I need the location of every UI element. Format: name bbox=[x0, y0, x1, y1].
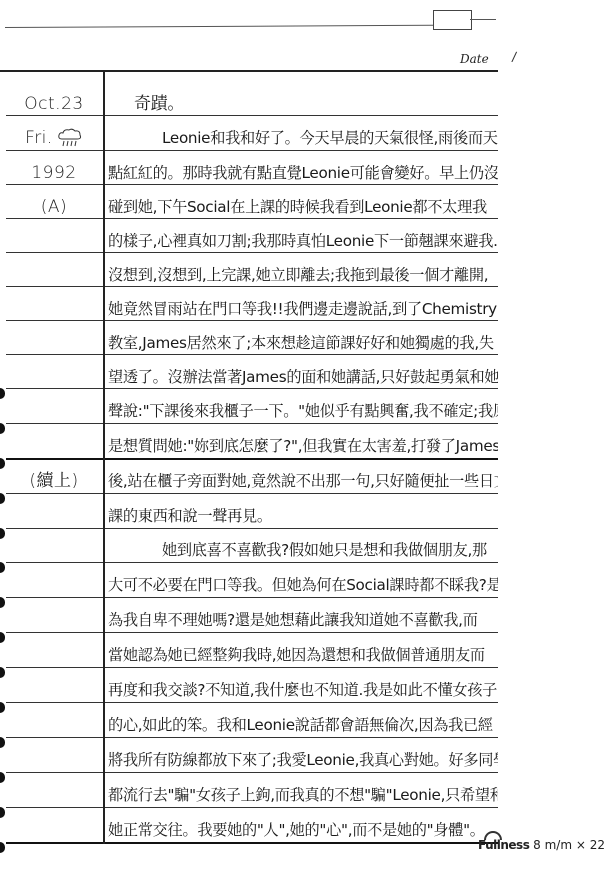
binder-hole-mark bbox=[0, 423, 5, 434]
entry-line: 的心,如此的笨。我和Leonie說話都會語無倫次,因為我已經 bbox=[108, 703, 498, 737]
entry-line: 點紅紅的。那時我就有點直覺Leonie可能會變好。早上仍沒有 bbox=[108, 151, 498, 185]
brand-logo: Fullness bbox=[478, 838, 529, 852]
notebook-page: Date / Oct.23 Fri. 1992 (A) (續上) 奇蹟。 Leo… bbox=[0, 0, 616, 877]
entry-line: 望透了。沒辦法當著James的面和她講話,只好鼓起勇氣和她小 bbox=[108, 355, 498, 389]
binder-hole-mark bbox=[0, 702, 5, 713]
binder-hole-mark bbox=[0, 388, 5, 399]
margin-year: 1992 bbox=[6, 151, 102, 185]
binder-hole-mark bbox=[0, 807, 5, 818]
entry-line: 後,站在櫃子旁面對她,竟然說不出那一句,只好隨便扯一些日文 bbox=[108, 459, 498, 493]
entry-line: 她正常交往。我要她的"人",她的"心",而不是她的"身體"。 bbox=[108, 808, 498, 842]
binder-hole-mark bbox=[0, 772, 5, 783]
margin-divider bbox=[103, 72, 105, 844]
binder-hole-mark bbox=[0, 737, 5, 748]
entry-line: 的樣子,心裡真如刀割;我那時真怕Leonie下一節翹課來避我. bbox=[108, 219, 498, 253]
entry-line: 碰到她,下午Social在上課的時候我看到Leonie都不太理我 bbox=[108, 185, 498, 219]
margin-weekday: Fri. bbox=[6, 116, 102, 150]
ruled-line-bottom bbox=[6, 842, 498, 844]
date-separator: / bbox=[511, 50, 517, 65]
entry-line: 教室,James居然來了;本來想趁這節課好好和她獨處的我,失 bbox=[108, 321, 498, 355]
binder-hole-mark bbox=[0, 458, 5, 469]
date-label: Date bbox=[460, 52, 489, 66]
binder-hole-mark bbox=[0, 528, 5, 539]
rain-cloud-icon bbox=[57, 128, 83, 148]
binder-hole-mark bbox=[0, 632, 5, 643]
entry-title: 奇蹟。 bbox=[108, 82, 498, 116]
entry-line: 當她認為她已經整夠我時,她因為還想和我做個普通朋友而 bbox=[108, 633, 498, 667]
entry-line: 她竟然冒雨站在門口等我!!我們邊走邊說話,到了Chemistry bbox=[108, 287, 498, 321]
entry-line: 大可不必要在門口等我。但她為何在Social課時都不睬我?是因 bbox=[108, 563, 498, 597]
entry-line: 是想質問她:"妳到底怎麼了?",但我實在太害羞,打發了James以 bbox=[108, 424, 498, 458]
entry-line: 再度和我交談?不知道,我什麼也不知道.我是如此不懂女孩子 bbox=[108, 668, 498, 702]
binder-hole-mark bbox=[0, 493, 5, 504]
binder-hole-mark bbox=[0, 597, 5, 608]
entry-line: 她到底喜不喜歡我?假如她只是想和我做個朋友,那 bbox=[108, 528, 498, 562]
binder-hole-mark bbox=[0, 667, 5, 678]
margin-grade: (A) bbox=[6, 185, 102, 219]
binder-hole-mark bbox=[0, 562, 5, 573]
entry-line: 聲說:"下課後來我櫃子一下。"她似乎有點興奮,我不確定;我原本 bbox=[108, 389, 498, 423]
margin-continued: (續上) bbox=[6, 459, 102, 493]
margin-date: Oct.23 bbox=[6, 82, 102, 116]
weekday-text: Fri. bbox=[25, 128, 53, 148]
header-rule bbox=[0, 70, 498, 72]
entry-line: 將我所有防線都放下來了;我愛Leonie,我真心對她。好多同學 bbox=[108, 738, 498, 772]
paper-spec: 8 m/m × 22 bbox=[533, 838, 605, 852]
entry-line: 課的東西和說一聲再見。 bbox=[108, 494, 498, 528]
binder-hole-mark bbox=[0, 842, 5, 853]
page-number-box bbox=[433, 10, 472, 30]
entry-line: Leonie和我和好了。今天早晨的天氣很怪,雨後而天有 bbox=[108, 116, 498, 150]
entry-line: 都流行去"騙"女孩子上鉤,而我真的不想"騙"Leonie,只希望和 bbox=[108, 773, 498, 807]
paper-brand: Fullness 8 m/m × 22 bbox=[478, 838, 605, 852]
entry-line: 為我自卑不理她嗎?還是她想藉此讓我知道她不喜歡我,而 bbox=[108, 598, 498, 632]
top-rule bbox=[5, 25, 433, 28]
entry-line: 沒想到,沒想到,上完課,她立即離去;我拖到最後一個才離開, bbox=[108, 253, 498, 287]
top-rule-right bbox=[470, 19, 496, 20]
